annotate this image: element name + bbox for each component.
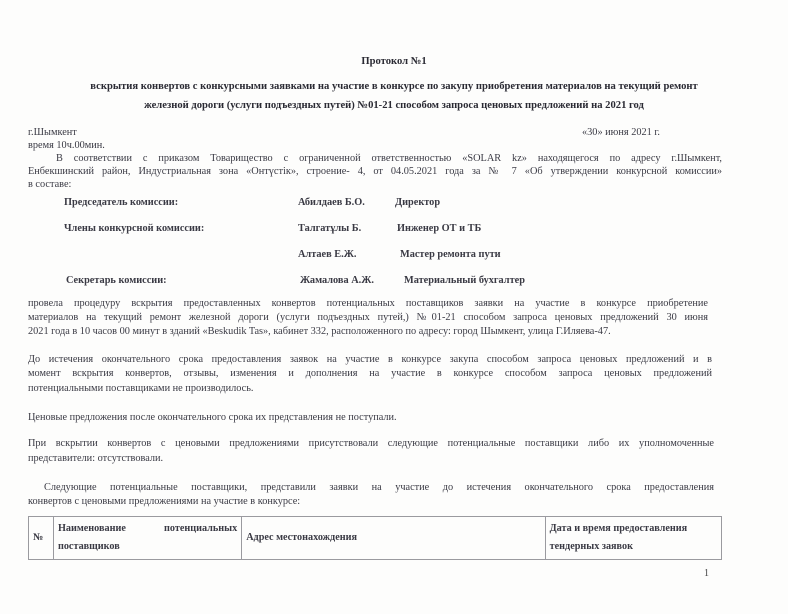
commission-position: Мастер ремонта пути — [400, 249, 501, 260]
column-header-submission-date-line2: тендерных заявок — [550, 538, 717, 556]
document-subtitle-line1: вскрытия конвертов с конкурсными заявкам… — [0, 81, 788, 92]
paragraph-attendance-line1: При вскрытии конвертов с ценовыми предло… — [28, 438, 714, 449]
intro-line1: В соответствии с приказом Товарищество с… — [56, 153, 722, 164]
document-page: Протокол №1 вскрытия конвертов с конкурс… — [0, 0, 788, 614]
paragraph-procedure-line1: провела процедуру вскрытия предоставленн… — [28, 298, 708, 309]
column-header-address: Адрес местонахождения — [242, 517, 545, 560]
paragraph-no-late-offers: Ценовые предложения после окончательного… — [28, 412, 397, 423]
paragraph-suppliers-line2: конвертов с ценовыми предложениями на уч… — [28, 496, 300, 507]
column-header-supplier-name: Наименование потенциальных поставщиков — [53, 517, 241, 560]
paragraph-attendance-line2: представители: отсутствовали. — [28, 453, 163, 464]
commission-role: Члены конкурсной комиссии: — [64, 223, 204, 234]
paragraph-deadline-line3: потенциальными поставщиками не производи… — [28, 383, 253, 394]
intro-line2: Енбекшинский район, Индустриальная зона … — [28, 166, 722, 177]
paragraph-procedure-line2: материалов на текущий ремонт железной до… — [28, 312, 708, 323]
commission-name: Абилдаев Б.О. — [298, 197, 365, 208]
commission-name: Жамалова А.Ж. — [300, 275, 374, 286]
page-number: 1 — [704, 568, 709, 579]
date: «30» июня 2021 г. — [582, 127, 660, 138]
city: г.Шымкент — [28, 127, 77, 138]
intro-line3: в составе: — [28, 179, 71, 190]
paragraph-deadline-line2: момент вскрытия конвертов, отзывы, измен… — [28, 368, 712, 379]
paragraph-procedure-line3: 2021 года в 10 часов 00 минут в зданий «… — [28, 326, 611, 337]
commission-name: Алтаев Е.Ж. — [298, 249, 356, 260]
column-header-submission-date-line1: Дата и время предоставления — [550, 520, 717, 538]
column-header-supplier-name-line1: Наименование потенциальных — [58, 520, 237, 538]
commission-position: Директор — [395, 197, 440, 208]
paragraph-deadline-line1: До истечения окончательного срока предос… — [28, 354, 712, 365]
commission-role: Председатель комиссии: — [64, 197, 178, 208]
column-header-submission-date: Дата и время предоставления тендерных за… — [545, 517, 721, 560]
column-header-number: № — [29, 517, 54, 560]
document-title: Протокол №1 — [0, 56, 788, 67]
commission-name: Талгатұлы Б. — [298, 223, 361, 234]
paragraph-suppliers-line1: Следующие потенциальные поставщики, пред… — [44, 482, 714, 493]
table-header-row: № Наименование потенциальных поставщиков… — [29, 517, 722, 560]
commission-role: Секретарь комиссии: — [66, 275, 167, 286]
column-header-supplier-name-line2: поставщиков — [58, 538, 237, 556]
suppliers-table: № Наименование потенциальных поставщиков… — [28, 516, 722, 560]
commission-position: Материальный бухгалтер — [404, 275, 525, 286]
time: время 10ч.00мин. — [28, 140, 105, 151]
document-subtitle-line2: железной дороги (услуги подъездных путей… — [0, 100, 788, 111]
commission-position: Инженер ОТ и ТБ — [397, 223, 481, 234]
